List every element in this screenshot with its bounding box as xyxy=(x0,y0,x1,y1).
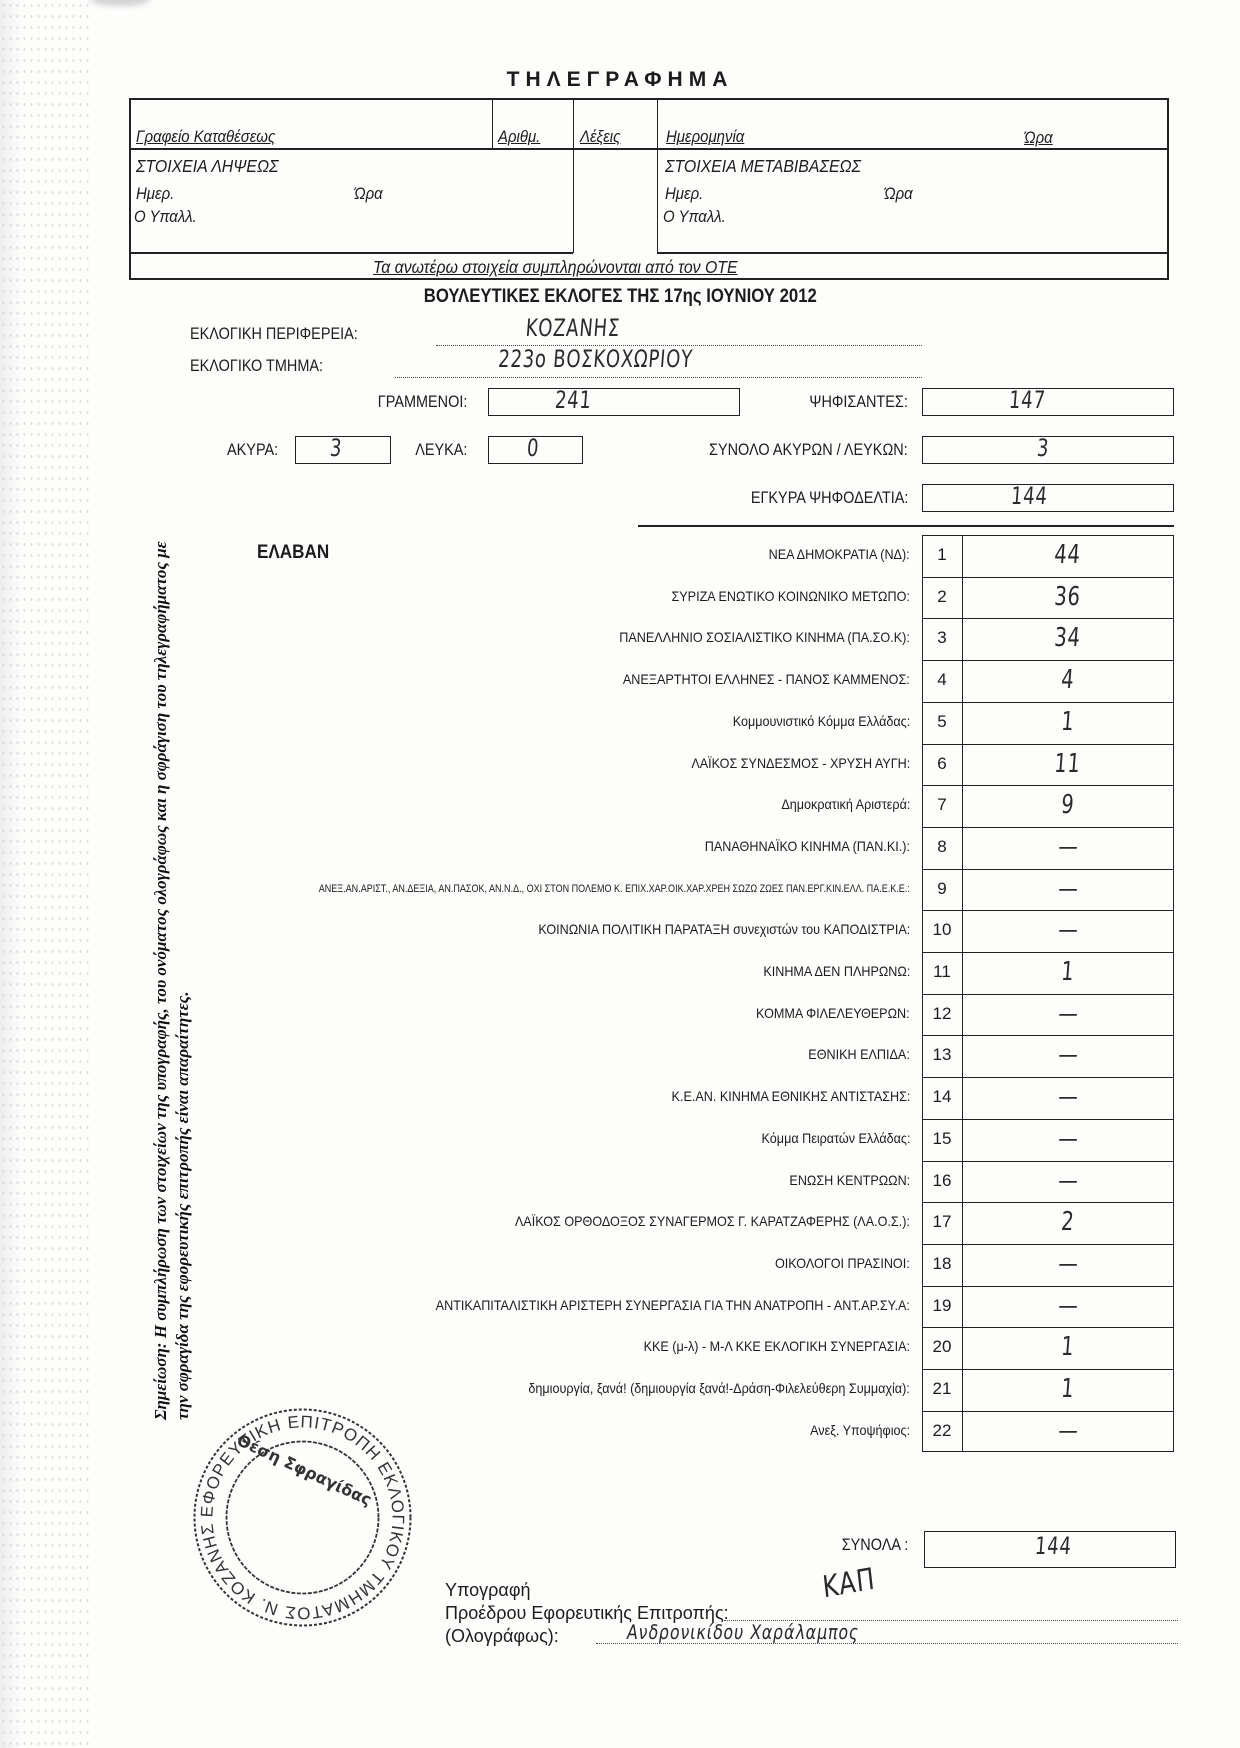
valid-field[interactable]: 144 xyxy=(922,484,1174,512)
party-number: 15 xyxy=(922,1129,962,1149)
invalid-value: 3 xyxy=(329,434,343,462)
party-number: 11 xyxy=(922,962,962,982)
election-title-wrap: ΒΟΥΛΕΥΤΙΚΕΣ ΕΚΛΟΓΕΣ ΤΗΣ 17ης ΙΟΥΝΙΟΥ 201… xyxy=(0,286,1240,308)
party-votes-field[interactable]: 1 xyxy=(962,707,1174,737)
transmission-clerk-label: Ο Υπαλλ. xyxy=(663,207,726,227)
invalid-blank-total-label: ΣΥΝΟΛΟ ΑΚΥΡΩΝ / ΛΕΥΚΩΝ: xyxy=(709,440,908,460)
party-votes: 36 xyxy=(1054,582,1083,612)
side-note: Σημείωση: Η συμπλήρωση των στοιχείων της… xyxy=(150,540,194,1420)
party-name: Δημοκρατική Αριστερά: xyxy=(781,796,910,812)
party-number: 5 xyxy=(922,712,962,732)
party-votes-field[interactable]: — xyxy=(962,1166,1174,1196)
party-votes: — xyxy=(1057,1291,1080,1321)
party-votes-field[interactable]: — xyxy=(962,1082,1174,1112)
party-votes-field[interactable]: 36 xyxy=(962,582,1174,612)
header-number: Αριθμ. xyxy=(498,127,540,147)
voted-value: 147 xyxy=(1008,386,1047,414)
party-name: ΣΥΡΙΖΑ ΕΝΩΤΙΚΟ ΚΟΙΝΩΝΙΚΟ ΜΕΤΩΠΟ: xyxy=(672,588,910,604)
invalid-blank-total-field[interactable]: 3 xyxy=(922,436,1174,464)
party-name: ΚΚΕ (μ-λ) - Μ-Λ ΚΚΕ ΕΚΛΟΓΙΚΗ ΣΥΝΕΡΓΑΣΙΑ: xyxy=(644,1338,910,1354)
party-votes-field[interactable]: 1 xyxy=(962,1332,1174,1362)
party-name: ΑΝΕΞΑΡΤΗΤΟΙ ΕΛΛΗΝΕΣ - ΠΑΝΟΣ ΚΑΜΜΕΝΟΣ: xyxy=(623,671,910,687)
grand-total-label: ΣΥΝΟΛΑ : xyxy=(841,1535,908,1555)
election-title: ΒΟΥΛΕΥΤΙΚΕΣ ΕΚΛΟΓΕΣ ΤΗΣ 17ης ΙΟΥΝΙΟΥ 201… xyxy=(423,286,816,308)
invalid-blank-total-value: 3 xyxy=(1036,434,1050,462)
header-time: Ώρα xyxy=(1024,128,1053,148)
invalid-label: ΑΚΥΡΑ: xyxy=(227,440,278,460)
party-votes: — xyxy=(1057,1249,1080,1279)
party-name: ΝΕΑ ΔΗΜΟΚΡΑΤΙΑ (ΝΔ): xyxy=(769,546,910,562)
party-name: Κόμμα Πειρατών Ελλάδας: xyxy=(761,1130,910,1146)
grand-total-field[interactable]: 144 xyxy=(924,1531,1176,1568)
party-number: 2 xyxy=(922,587,962,607)
party-number: 14 xyxy=(922,1087,962,1107)
side-note-text: Η συμπλήρωση των στοιχείων της υπογραφής… xyxy=(151,541,192,1420)
party-number: 6 xyxy=(922,754,962,774)
party-votes: — xyxy=(1057,1416,1080,1446)
valid-value: 144 xyxy=(1010,482,1049,510)
party-votes-field[interactable]: — xyxy=(962,1040,1174,1070)
signature-line3: (Ολογράφως): xyxy=(445,1626,559,1647)
section-label: ΕΚΛΟΓΙΚΟ ΤΜΗΜΑ: xyxy=(190,356,323,376)
party-votes-field[interactable]: — xyxy=(962,832,1174,862)
blank-field[interactable]: 0 xyxy=(488,436,583,464)
reception-clerk-label: Ο Υπαλλ. xyxy=(134,207,197,227)
stamp-ring-text: ΕΦΟΡΕΥΤΙΚΗ ΕΠΙΤΡΟΠΗ ΕΚΛΟΓΙΚΟΥ ΤΜΗΜΑΤΟΣ Ν… xyxy=(197,1412,407,1622)
party-name: ΠΑΝΕΛΛΗΝΙΟ ΣΟΣΙΑΛΙΣΤΙΚΟ ΚΙΝΗΜΑ (ΠΑ.ΣΟ.Κ)… xyxy=(619,629,910,645)
party-name: ΛΑΪΚΟΣ ΣΥΝΔΕΣΜΟΣ - ΧΡΥΣΗ ΑΥΓΗ: xyxy=(691,755,910,771)
party-number: 7 xyxy=(922,795,962,815)
party-number: 18 xyxy=(922,1254,962,1274)
invalid-field[interactable]: 3 xyxy=(295,436,391,464)
party-name: ΟΙΚΟΛΟΓΟΙ ΠΡΑΣΙΝΟΙ: xyxy=(775,1255,910,1271)
party-number: 21 xyxy=(922,1379,962,1399)
valid-label: ΕΓΚΥΡΑ ΨΗΦΟΔΕΛΤΙΑ: xyxy=(750,488,908,508)
party-votes: 34 xyxy=(1054,623,1083,653)
party-number: 17 xyxy=(922,1212,962,1232)
document-title: ΤΗΛΕΓΡΑΦΗΜΑ xyxy=(0,68,1240,92)
section-dotted-line xyxy=(395,377,922,378)
party-votes: 11 xyxy=(1054,749,1083,779)
party-votes-field[interactable]: 1 xyxy=(962,1374,1174,1404)
district-label: ΕΚΛΟΓΙΚΗ ΠΕΡΙΦΕΡΕΙΑ: xyxy=(190,324,358,344)
transmission-date-label: Ημερ. xyxy=(665,184,703,204)
registered-field[interactable]: 241 xyxy=(488,388,740,416)
party-votes: 2 xyxy=(1060,1207,1076,1237)
party-votes-field[interactable]: 44 xyxy=(962,540,1174,570)
section-value[interactable]: 223ο ΒΟΣΚΟΧΩΡΙΟΥ xyxy=(497,345,694,373)
party-votes: — xyxy=(1057,832,1080,862)
grand-total-value: 144 xyxy=(1034,1532,1073,1560)
party-votes-field[interactable]: 9 xyxy=(962,790,1174,820)
party-votes: 1 xyxy=(1060,707,1076,737)
party-name: δημιουργία, ξανά! (δημιουργία ξανά!-Δράσ… xyxy=(529,1380,910,1396)
party-number: 9 xyxy=(922,879,962,899)
reception-date-label: Ημερ. xyxy=(136,184,174,204)
party-votes-field[interactable]: — xyxy=(962,1249,1174,1279)
party-votes-field[interactable]: 4 xyxy=(962,665,1174,695)
party-number: 10 xyxy=(922,920,962,940)
president-signature[interactable]: ΚΑΠ xyxy=(821,1562,877,1606)
party-votes-field[interactable]: 34 xyxy=(962,623,1174,653)
party-votes: — xyxy=(1057,1082,1080,1112)
party-name: Ανεξ. Υποψήφιος: xyxy=(810,1422,910,1438)
party-votes-field[interactable]: — xyxy=(962,1291,1174,1321)
party-votes-field[interactable]: — xyxy=(962,1124,1174,1154)
blank-label: ΛΕΥΚΑ: xyxy=(415,440,467,460)
party-votes: 44 xyxy=(1054,540,1083,570)
party-votes: 1 xyxy=(1060,957,1076,987)
side-note-lead: Σημείωση: xyxy=(151,1343,170,1420)
district-value[interactable]: ΚΟΖΑΝΗΣ xyxy=(525,314,621,342)
reception-title: ΣΤΟΙΧΕΙΑ ΛΗΨΕΩΣ xyxy=(136,156,279,177)
registered-value: 241 xyxy=(554,386,593,414)
party-number: 22 xyxy=(922,1421,962,1441)
party-number: 16 xyxy=(922,1171,962,1191)
party-number: 8 xyxy=(922,837,962,857)
party-votes: 9 xyxy=(1060,790,1076,820)
header-words: Λέξεις xyxy=(580,127,620,147)
party-name: ΚΟΜΜΑ ΦΙΛΕΛΕΥΘΕΡΩΝ: xyxy=(756,1005,910,1021)
party-number: 4 xyxy=(922,670,962,690)
party-number: 20 xyxy=(922,1337,962,1357)
party-number: 3 xyxy=(922,628,962,648)
party-name: ΕΘΝΙΚΗ ΕΛΠΙΔΑ: xyxy=(808,1046,910,1062)
party-votes-field[interactable]: — xyxy=(962,874,1174,904)
party-name: Κ.Ε.ΑΝ. ΚΙΝΗΜΑ ΕΘΝΙΚΗΣ ΑΝΤΙΣΤΑΣΗΣ: xyxy=(671,1088,910,1104)
reception-time-label: Ώρα xyxy=(354,184,383,204)
party-votes-field[interactable]: — xyxy=(962,999,1174,1029)
results-separator xyxy=(638,525,1174,527)
party-name: ΚΙΝΗΜΑ ΔΕΝ ΠΛΗΡΩΝΩ: xyxy=(763,963,910,979)
party-name: Κομμουνιστικό Κόμμα Ελλάδας: xyxy=(732,713,910,729)
blank-value: 0 xyxy=(526,434,540,462)
party-name: ΛΑΪΚΟΣ ΟΡΘΟΔΟΞΟΣ ΣΥΝΑΓΕΡΜΟΣ Γ. ΚΑΡΑΤΖΑΦΕ… xyxy=(515,1213,910,1229)
party-number: 19 xyxy=(922,1296,962,1316)
party-name: ΑΝΤΙΚΑΠΙΤΑΛΙΣΤΙΚΗ ΑΡΙΣΤΕΡΗ ΣΥΝΕΡΓΑΣΙΑ ΓΙ… xyxy=(436,1297,910,1313)
party-votes: — xyxy=(1057,915,1080,945)
party-votes: — xyxy=(1057,1166,1080,1196)
voted-label: ΨΗΦΙΣΑΝΤΕΣ: xyxy=(810,392,908,412)
party-votes-field[interactable]: 1 xyxy=(962,957,1174,987)
svg-text:ΕΦΟΡΕΥΤΙΚΗ ΕΠΙΤΡΟΠΗ ΕΚΛΟΓΙΚΟΥ: ΕΦΟΡΕΥΤΙΚΗ ΕΠΙΤΡΟΠΗ ΕΚΛΟΓΙΚΟΥ ΤΜΗΜΑΤΟΣ Ν… xyxy=(197,1412,407,1622)
party-name: ΠΑΝΑΘΗΝΑΪΚΟ ΚΙΝΗΜΑ (ΠΑΝ.ΚΙ.): xyxy=(705,838,910,854)
party-votes-field[interactable]: — xyxy=(962,915,1174,945)
ote-footer-note: Τα ανωτέρω στοιχεία συμπληρώνονται από τ… xyxy=(373,257,738,278)
header-office: Γραφείο Καταθέσεως xyxy=(136,127,275,147)
party-votes: 4 xyxy=(1060,665,1076,695)
scan-smudge xyxy=(90,0,150,6)
voted-field[interactable]: 147 xyxy=(922,388,1174,416)
president-name[interactable]: Ανδρονικίδου Χαράλαμπος xyxy=(625,1620,861,1644)
transmission-title: ΣΤΟΙΧΕΙΑ ΜΕΤΑΒΙΒΑΣΕΩΣ xyxy=(665,156,861,177)
party-number: 13 xyxy=(922,1045,962,1065)
party-votes: — xyxy=(1057,1124,1080,1154)
party-votes-field[interactable]: 11 xyxy=(962,749,1174,779)
registered-label: ΓΡΑΜΜΕΝΟΙ: xyxy=(377,392,467,412)
party-number: 1 xyxy=(922,545,962,565)
party-name: ΕΝΩΣΗ ΚΕΝΤΡΩΩΝ: xyxy=(789,1172,910,1188)
party-votes: — xyxy=(1057,874,1080,904)
signature-line1: Υπογραφή xyxy=(445,1580,531,1601)
party-name: ΑΝΕΞ.ΑΝ.ΑΡΙΣΤ., ΑΝ.ΔΕΞΙΑ, ΑΝ.ΠΑΣΟΚ, ΑΝ.Ν… xyxy=(319,883,910,895)
party-votes: 1 xyxy=(1060,1332,1076,1362)
official-stamp: ΕΦΟΡΕΥΤΙΚΗ ΕΠΙΤΡΟΠΗ ΕΚΛΟΓΙΚΟΥ ΤΜΗΜΑΤΟΣ Ν… xyxy=(190,1405,415,1630)
header-date: Ημερομηνία xyxy=(666,127,744,147)
party-name: ΚΟΙΝΩΝΙΑ ΠΟΛΙΤΙΚΗ ΠΑΡΑΤΑΞΗ συνεχιστών το… xyxy=(538,921,910,937)
party-votes-field[interactable]: — xyxy=(962,1416,1174,1446)
party-votes: — xyxy=(1057,1040,1080,1070)
transmission-time-label: Ώρα xyxy=(884,184,913,204)
party-number: 12 xyxy=(922,1004,962,1024)
party-votes-field[interactable]: 2 xyxy=(962,1207,1174,1237)
party-votes: — xyxy=(1057,999,1080,1029)
party-votes: 1 xyxy=(1060,1374,1076,1404)
